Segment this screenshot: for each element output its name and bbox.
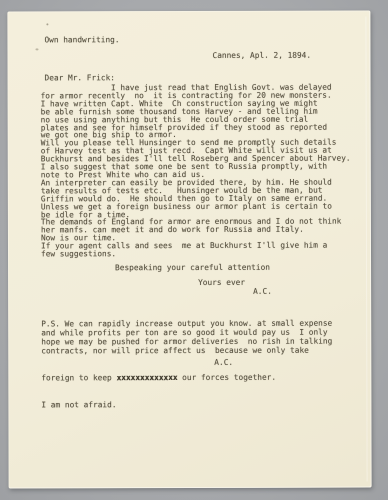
typed-line: contracts, nor will price affect us beca…	[41, 346, 332, 356]
photo-background: Own handwriting. Cannes, Apl. 2, 1894. D…	[0, 0, 388, 500]
postscript-struck-line: foreign to keep xxxxxxxxxxxxx our forces…	[41, 373, 332, 383]
valediction: Yours ever	[198, 278, 245, 287]
struck-out-text: xxxxxxxxxxxxx	[116, 373, 177, 382]
letter-paper: Own handwriting. Cannes, Apl. 2, 1894. D…	[7, 11, 371, 489]
postscript: P.S. We can rapidly increase output you …	[41, 301, 332, 428]
postscript-last-line: I am not afraid.	[41, 400, 332, 410]
signature-initials: A.C.	[253, 287, 272, 296]
salutation: Dear Mr. Frick:	[45, 73, 115, 82]
dateline: Cannes, Apl. 2, 1894.	[212, 51, 311, 60]
postscript-lines: P.S. We can rapidly increase output you …	[41, 319, 332, 356]
typed-line: few suggestions.	[41, 250, 351, 259]
struck-line-pre: foreign to keep	[41, 373, 116, 382]
ink-speck	[35, 48, 38, 50]
letter-body: I have just read that English Govt. was …	[41, 84, 351, 259]
struck-line-post: our forces together.	[177, 373, 276, 382]
handwriting-annotation: Own handwriting.	[44, 35, 119, 44]
postscript-initials: A.C.	[214, 358, 233, 367]
ink-speck	[46, 23, 48, 25]
closing-attention-line: Bespeaking your careful attention	[115, 263, 270, 272]
